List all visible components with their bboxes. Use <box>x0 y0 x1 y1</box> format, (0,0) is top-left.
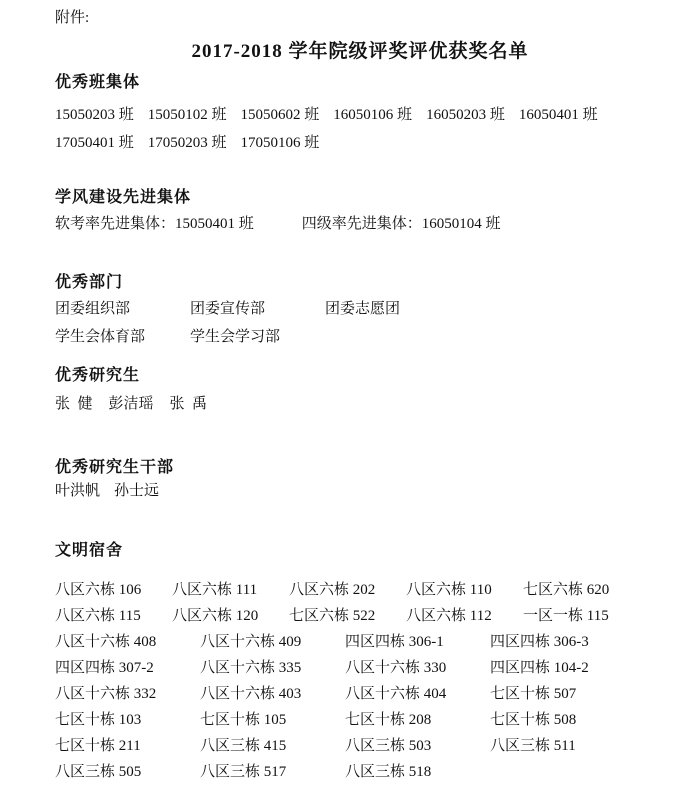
dorm-row: 八区三栋 505八区三栋 517八区三栋 518 <box>55 762 665 783</box>
dorm-cell: 八区六栋 115 <box>55 606 172 627</box>
departments-row-2: 学生会体育部学生会学习部 <box>55 327 665 348</box>
department-item: 团委志愿团 <box>325 299 460 320</box>
departments-row-1: 团委组织部团委宣传部团委志愿团 <box>55 299 665 320</box>
section-heading-civilized-dorms: 文明宿舍 <box>55 540 665 561</box>
graduate-name: 张 禹 <box>170 394 208 415</box>
document-page: 附件: 2017-2018 学年院级评奖评优获奖名单 优秀班集体 1505020… <box>0 0 695 783</box>
class-item: 15050203 班 <box>55 105 134 126</box>
section-heading-excellent-classes: 优秀班集体 <box>55 72 665 93</box>
dorm-cell: 八区三栋 517 <box>200 762 345 783</box>
department-item: 团委组织部 <box>55 299 190 320</box>
dorm-cell: 七区六栋 522 <box>289 606 406 627</box>
dorm-cell: 四区四栋 307-2 <box>55 658 200 679</box>
dorm-cell: 八区三栋 518 <box>345 762 431 783</box>
dorm-cell: 八区十六栋 408 <box>55 632 200 653</box>
excellent-classes-row-1: 15050203 班15050102 班15050602 班16050106 班… <box>55 105 665 126</box>
study-style-item: 软考率先进集体：15050401 班 <box>55 214 254 235</box>
dorm-cell: 八区六栋 106 <box>55 580 172 601</box>
dorm-cell: 八区十六栋 330 <box>345 658 490 679</box>
class-item: 17050401 班 <box>55 133 134 154</box>
dorm-cell: 七区十栋 508 <box>490 710 576 731</box>
dorm-cell: 七区十栋 208 <box>345 710 490 731</box>
dorm-cell: 八区十六栋 332 <box>55 684 200 705</box>
dorm-row: 七区十栋 211八区三栋 415八区三栋 503八区三栋 511 <box>55 736 665 757</box>
class-item: 16050106 班 <box>333 105 412 126</box>
dorm-cell: 八区三栋 505 <box>55 762 200 783</box>
graduate-name: 张 健 <box>55 394 93 415</box>
dorm-cell: 八区六栋 111 <box>172 580 289 601</box>
dorm-cell: 八区六栋 202 <box>289 580 406 601</box>
dorm-cell: 四区四栋 104-2 <box>490 658 589 679</box>
excellent-classes-row-2: 17050401 班17050203 班17050106 班 <box>55 133 665 154</box>
section-heading-excellent-departments: 优秀部门 <box>55 272 665 293</box>
department-item: 团委宣传部 <box>190 299 325 320</box>
dorm-row: 七区十栋 103七区十栋 105七区十栋 208七区十栋 508 <box>55 710 665 731</box>
dorm-cell: 八区十六栋 403 <box>200 684 345 705</box>
graduates-names-row: 张 健彭洁瑶张 禹 <box>55 394 665 415</box>
dorm-cell: 八区六栋 112 <box>406 606 523 627</box>
dorm-cell: 四区四栋 306-3 <box>490 632 589 653</box>
dorm-cell: 八区三栋 511 <box>490 736 576 757</box>
page-title: 2017-2018 学年院级评奖评优获奖名单 <box>55 39 665 65</box>
class-item: 15050602 班 <box>241 105 320 126</box>
dorm-cell: 一区一栋 115 <box>523 606 609 627</box>
dorm-cell: 八区十六栋 335 <box>200 658 345 679</box>
dorm-grid-4col: 八区十六栋 408八区十六栋 409四区四栋 306-1四区四栋 306-3 四… <box>55 632 665 783</box>
dorm-cell: 八区六栋 120 <box>172 606 289 627</box>
graduate-cadres-row: 叶洪帆孙士远 <box>55 481 665 502</box>
class-item: 15050102 班 <box>148 105 227 126</box>
study-style-row: 软考率先进集体：15050401 班四级率先进集体：16050104 班 <box>55 214 665 235</box>
section-heading-study-style: 学风建设先进集体 <box>55 187 665 208</box>
class-item: 16050401 班 <box>519 105 598 126</box>
class-item: 17050106 班 <box>241 133 320 154</box>
dorm-cell: 八区三栋 415 <box>200 736 345 757</box>
dorm-cell: 七区六栋 620 <box>523 580 609 601</box>
dorm-cell: 八区十六栋 404 <box>345 684 490 705</box>
dorm-cell: 八区六栋 110 <box>406 580 523 601</box>
class-item: 16050203 班 <box>426 105 505 126</box>
dorm-row: 八区六栋 106八区六栋 111八区六栋 202八区六栋 110七区六栋 620 <box>55 580 665 601</box>
graduate-name: 彭洁瑶 <box>109 394 154 415</box>
cadre-name: 叶洪帆 <box>55 481 100 502</box>
section-heading-graduate-cadres: 优秀研究生干部 <box>55 457 665 478</box>
dorm-cell: 四区四栋 306-1 <box>345 632 490 653</box>
dorm-grid-5col: 八区六栋 106八区六栋 111八区六栋 202八区六栋 110七区六栋 620… <box>55 580 665 627</box>
cadre-name: 孙士远 <box>114 481 159 502</box>
class-item: 17050203 班 <box>148 133 227 154</box>
dorm-cell: 八区三栋 503 <box>345 736 490 757</box>
department-item: 学生会体育部 <box>55 327 190 348</box>
attachment-label: 附件: <box>55 8 665 29</box>
dorm-row: 八区十六栋 408八区十六栋 409四区四栋 306-1四区四栋 306-3 <box>55 632 665 653</box>
dorm-cell: 七区十栋 103 <box>55 710 200 731</box>
dorm-cell: 七区十栋 507 <box>490 684 576 705</box>
dorm-cell: 七区十栋 211 <box>55 736 200 757</box>
department-item: 学生会学习部 <box>190 327 325 348</box>
section-heading-excellent-graduates: 优秀研究生 <box>55 365 665 386</box>
study-style-item: 四级率先进集体：16050104 班 <box>302 214 501 235</box>
dorm-row: 八区六栋 115八区六栋 120七区六栋 522八区六栋 112一区一栋 115 <box>55 606 665 627</box>
dorm-cell: 八区十六栋 409 <box>200 632 345 653</box>
dorm-cell: 七区十栋 105 <box>200 710 345 731</box>
dorm-row: 八区十六栋 332八区十六栋 403八区十六栋 404七区十栋 507 <box>55 684 665 705</box>
dorm-row: 四区四栋 307-2八区十六栋 335八区十六栋 330四区四栋 104-2 <box>55 658 665 679</box>
